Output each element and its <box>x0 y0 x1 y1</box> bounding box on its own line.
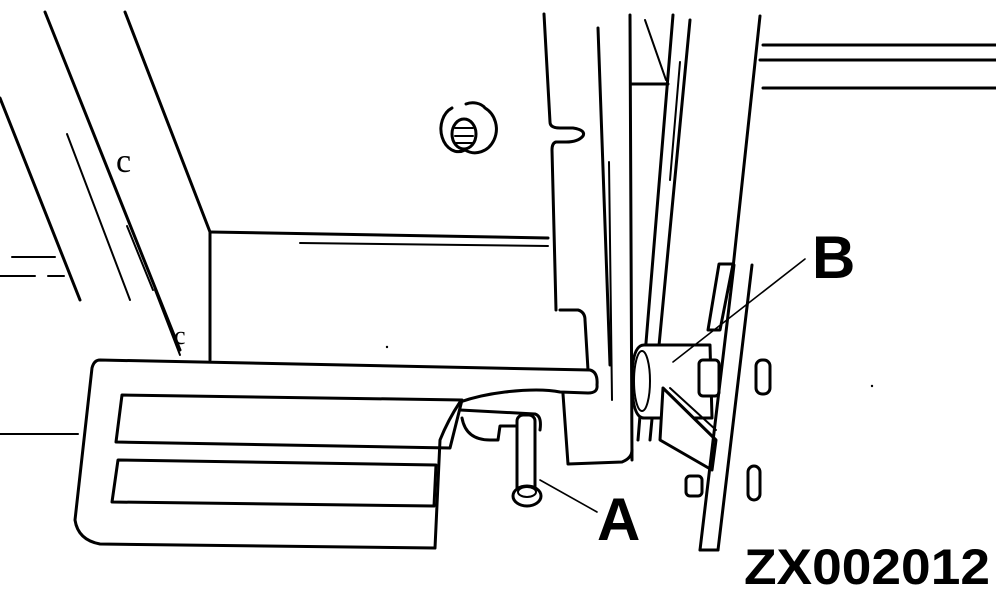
leader-line-b <box>673 259 805 362</box>
bolt-head <box>441 103 496 153</box>
marking-c-lower: c <box>174 321 186 350</box>
callout-b: B <box>812 224 855 291</box>
technical-illustration: c c <box>0 0 996 598</box>
bracket-assembly <box>632 264 770 550</box>
vertical-post <box>544 14 996 460</box>
leader-line-a <box>540 480 597 512</box>
marking-c-upper: c <box>116 143 131 180</box>
callout-a: A <box>597 486 640 553</box>
pin <box>460 410 541 506</box>
left-frame-panel <box>0 12 210 355</box>
figure-id: ZX002012 <box>744 539 990 595</box>
